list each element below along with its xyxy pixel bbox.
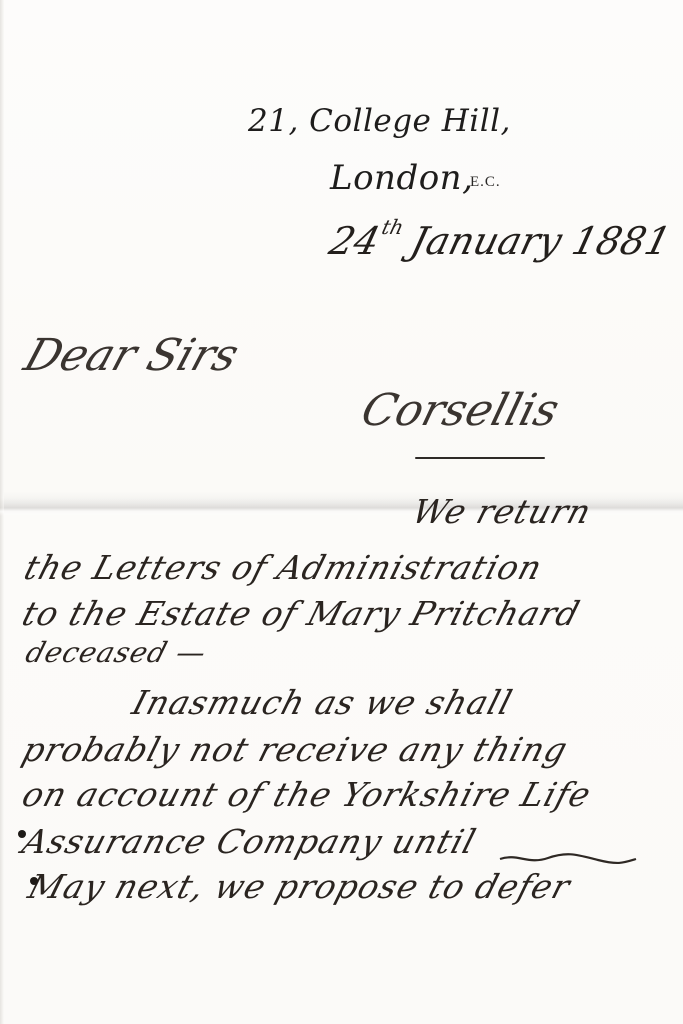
struck-through-word xyxy=(498,853,638,865)
letter-date: 24th January 1881 xyxy=(325,215,676,263)
salutation: Dear Sirs xyxy=(18,330,245,381)
body-line-5: Inasmuch as we shall xyxy=(128,683,517,722)
letter-page: 21, College Hill, London, E.C. 24th Janu… xyxy=(0,0,683,1024)
ink-blot xyxy=(18,830,26,838)
letterhead-address-line1: 21, College Hill, xyxy=(248,103,511,139)
addressee-underline xyxy=(415,457,545,459)
date-day-suffix: th xyxy=(379,215,406,239)
letterhead-address-line2: London, xyxy=(330,158,473,198)
date-day: 24 xyxy=(325,219,384,263)
addressee-name: Corsellis xyxy=(356,385,564,436)
body-line-9: May next, we propose to defer xyxy=(24,867,575,906)
body-line-8: Assurance Company until xyxy=(18,822,481,861)
ink-blot xyxy=(30,877,38,885)
body-line-4: deceased — xyxy=(22,636,211,669)
letterhead-postal-district: E.C. xyxy=(470,174,501,191)
body-line-1: We return xyxy=(408,492,596,531)
body-line-6: probably not receive any thing xyxy=(18,730,572,769)
letterhead-city: London, xyxy=(330,158,473,198)
body-line-3: to the Estate of Mary Pritchard xyxy=(18,594,585,633)
body-line-2: the Letters of Administration xyxy=(20,548,547,587)
date-month-year: January 1881 xyxy=(406,219,675,263)
body-line-7: on account of the Yorkshire Life xyxy=(18,775,596,814)
